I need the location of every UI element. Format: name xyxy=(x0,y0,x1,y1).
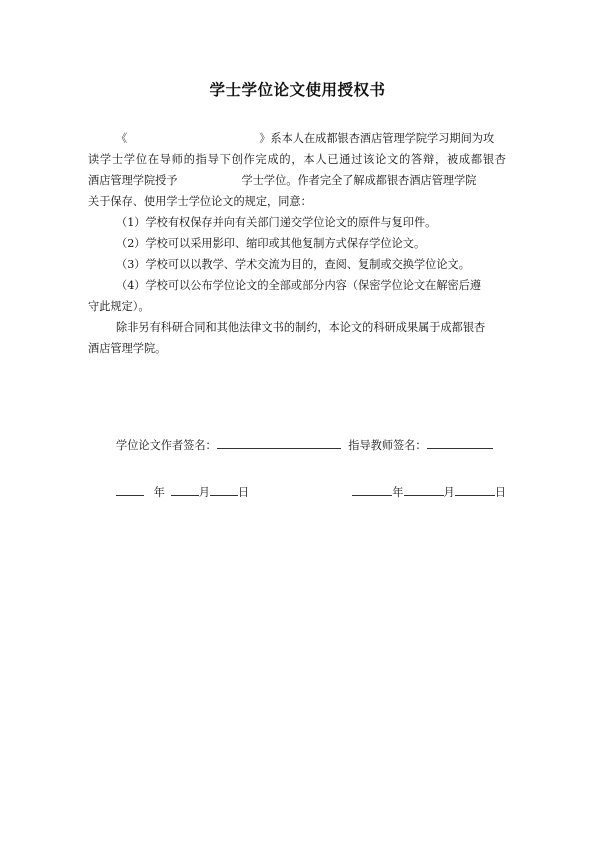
para2-line2: 酒店管理学院。 xyxy=(88,338,506,359)
para1-line3: 酒店管理学院授予学士学位。作者完全了解成都银杏酒店管理学院 xyxy=(88,170,506,191)
signature-row: 学位论文作者签名： 指导教师签名： xyxy=(116,436,493,453)
para1-text: 学士学位。作者完全了解成都银杏酒店管理学院 xyxy=(242,174,477,187)
year-label: 年 xyxy=(154,486,165,499)
para1-line1: 《》系本人在成都银杏酒店管理学院学习期间为攻 xyxy=(88,128,506,149)
para1-text: 》系本人在成都银杏酒店管理学院学习期间为攻 xyxy=(259,132,494,145)
page-title: 学士学位论文使用授权书 xyxy=(0,78,595,100)
advisor-year-field[interactable] xyxy=(352,483,392,496)
day-label: 日 xyxy=(238,486,249,499)
advisor-signature-field[interactable] xyxy=(427,436,493,449)
item-4-cont: 守此规定）。 xyxy=(88,296,506,317)
author-signature-label: 学位论文作者签名： xyxy=(116,439,217,452)
item-2: （2）学校可以采用影印、缩印或其他复制方式保存学位论文。 xyxy=(88,233,506,254)
advisor-signature-label: 指导教师签名： xyxy=(348,439,426,452)
item-1: （1）学校有权保存并向有关部门递交学位论文的原件与复印件。 xyxy=(88,212,506,233)
advisor-day-field[interactable] xyxy=(455,483,495,496)
year-label: 年 xyxy=(392,486,403,499)
authorization-body: 《》系本人在成都银杏酒店管理学院学习期间为攻 读学士学位在导师的指导下创作完成的… xyxy=(88,128,506,359)
para1-text: 酒店管理学院授予 xyxy=(88,174,178,187)
author-month-field[interactable] xyxy=(171,483,199,496)
author-signature-field[interactable] xyxy=(217,436,341,449)
month-label: 月 xyxy=(444,486,455,499)
author-year-field[interactable] xyxy=(116,483,144,496)
para1-line2: 读学士学位在导师的指导下创作完成的，本人已通过该论文的答辩，被成都银杏 xyxy=(88,149,506,170)
month-label: 月 xyxy=(199,486,210,499)
para2-line1: 除非另有科研合同和其他法律文书的制约，本论文的科研成果属于成都银杏 xyxy=(88,317,506,338)
author-day-field[interactable] xyxy=(210,483,238,496)
date-row: 年月日 年月日 xyxy=(116,483,506,500)
para1-line4: 关于保存、使用学士学位论文的规定，同意： xyxy=(88,191,506,212)
advisor-month-field[interactable] xyxy=(404,483,444,496)
item-3: （3）学校可以以教学、学术交流为目的，查阅、复制或交换学位论文。 xyxy=(88,254,506,275)
title-open-bracket: 《 xyxy=(116,132,127,145)
day-label: 日 xyxy=(495,486,506,499)
item-4: （4）学校可以公布学位论文的全部或部分内容（保密学位论文在解密后遵 xyxy=(88,275,506,296)
